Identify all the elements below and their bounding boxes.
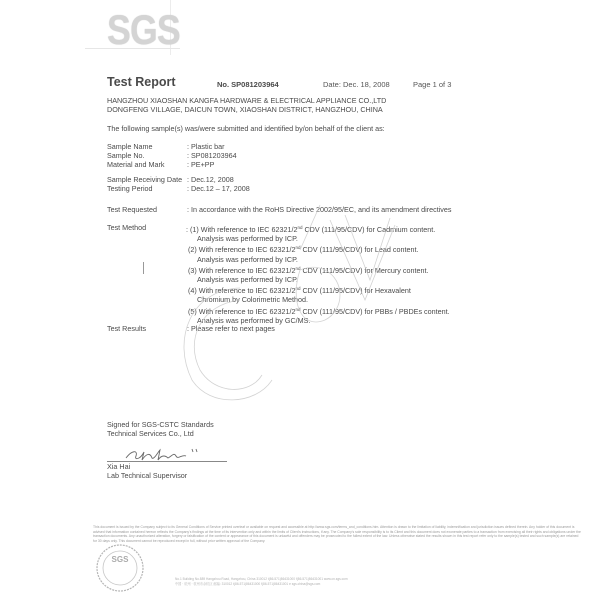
test-method-list: : (1) With reference to IEC 62321/2nd CD… (186, 223, 450, 325)
field-label: Material and Mark (107, 160, 165, 169)
footer-line-2: 中国 · 杭州 · 杭州市余杭区 邮编: 310012 t(86-571)864… (175, 582, 585, 587)
field-value: Plastic bar (187, 142, 225, 151)
report-number: No. SP081203964 (217, 80, 279, 89)
field-value: In accordance with the RoHS Directive 20… (187, 205, 451, 214)
field-value: Please refer to next pages (187, 324, 275, 333)
signatory-title: Lab Technical Supervisor (107, 471, 187, 480)
method-item: (5) With reference to IEC 62321/2nd CDV … (186, 305, 450, 316)
method-item: (2) With reference to IEC 62321/2nd CDV … (186, 243, 450, 254)
svg-text:SGS: SGS (112, 555, 130, 564)
method-item: : (1) With reference to IEC 62321/2nd CD… (186, 223, 450, 234)
report-title: Test Report (107, 75, 176, 89)
field-value: Dec.12, 2008 (187, 175, 234, 184)
field-value: Dec.12 – 17, 2008 (187, 184, 250, 193)
field-label: Sample Name (107, 142, 153, 151)
field-value: SP081203964 (187, 151, 237, 160)
signatory-line-1: Signed for SGS-CSTC Standards (107, 420, 214, 429)
method-note: Analysis was performed by ICP. (186, 275, 450, 284)
method-note: Analysis was performed by ICP. (186, 255, 450, 264)
signatory-block: Signed for SGS-CSTC Standards Technical … (107, 420, 214, 438)
method-item: (3) With reference to IEC 62321/2nd CDV … (186, 264, 450, 275)
client-address: DONGFENG VILLAGE, DAICUN TOWN, XIAOSHAN … (107, 105, 386, 114)
sgs-logo: SGS (107, 6, 180, 54)
terms-fine-print: This document is issued by the Company s… (93, 525, 583, 543)
signatory-name: Xia Hai (107, 462, 130, 471)
client-block: HANGZHOU XIAOSHAN KANGFA HARDWARE & ELEC… (107, 96, 386, 114)
intro-text: The following sample(s) was/were submitt… (107, 124, 385, 133)
field-label: Test Results (107, 324, 146, 333)
company-footer: No.1 Building No.889 Hangzhou Road, Hang… (175, 577, 585, 587)
page-indicator: Page 1 of 3 (413, 80, 451, 89)
scan-artifact-mark (143, 262, 144, 274)
field-label: Sample No. (107, 151, 145, 160)
test-report-page: SGS Test Report No. SP081203964 Date: De… (0, 0, 600, 600)
method-item: (4) With reference to IEC 62321/2nd CDV … (186, 284, 450, 295)
field-label: Testing Period (107, 184, 153, 193)
report-date: Date: Dec. 18, 2008 (323, 80, 390, 89)
field-label: Test Method (107, 223, 146, 232)
field-label: Sample Receiving Date (107, 175, 182, 184)
field-label: Test Requested (107, 205, 157, 214)
sgs-seal-stamp: SGS (95, 540, 145, 595)
client-name: HANGZHOU XIAOSHAN KANGFA HARDWARE & ELEC… (107, 96, 386, 105)
method-note: Chromium by Colorimetric Method. (186, 295, 450, 304)
signatory-line-2: Technical Services Co., Ltd (107, 429, 214, 438)
logo-divider (85, 48, 180, 49)
method-note: Analysis was performed by ICP. (186, 234, 450, 243)
field-value: PE+PP (187, 160, 214, 169)
